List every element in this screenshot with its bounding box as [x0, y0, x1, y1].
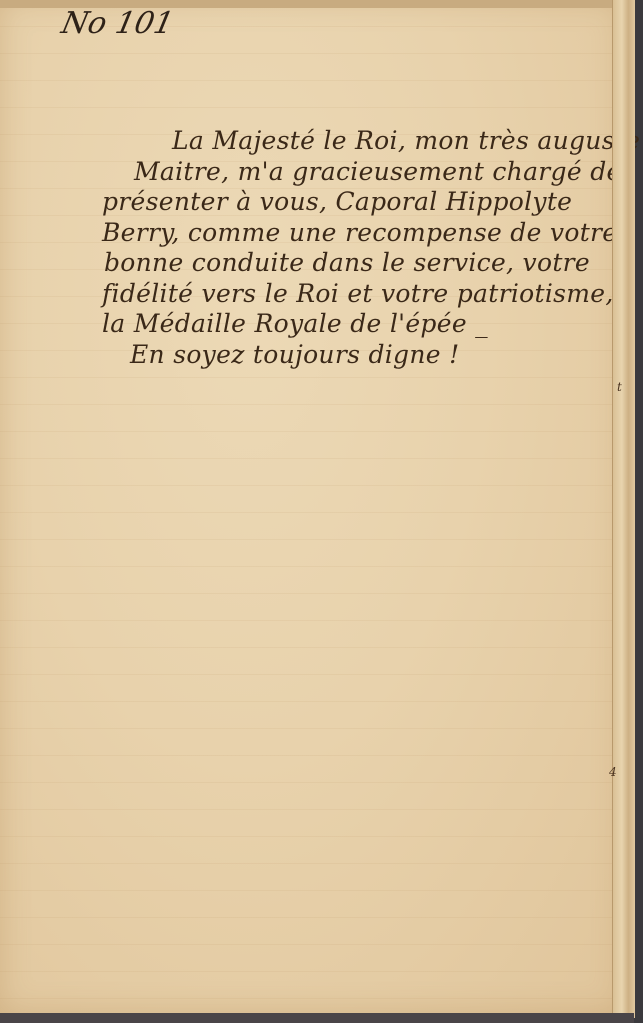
letter-line: En soyez toujours digne !: [100, 340, 620, 371]
letter-line: Maitre, m'a gracieusement chargé de: [100, 157, 620, 188]
handwritten-letter: La Majesté le Roi, mon très auguste Mait…: [100, 126, 620, 370]
manuscript-page: No 101 La Majesté le Roi, mon très augus…: [0, 0, 622, 1013]
letter-line: la Médaille Royale de l'épée _: [100, 309, 620, 340]
letter-line: présenter à vous, Caporal Hippolyte: [100, 187, 620, 218]
margin-mark: 4: [609, 765, 617, 779]
letter-line: La Majesté le Roi, mon très auguste: [100, 126, 620, 157]
underlying-page-edges: t 4: [612, 0, 635, 1018]
letter-line: bonne conduite dans le service, votre: [100, 248, 620, 279]
letter-line: Berry, comme une recompense de votre: [100, 218, 620, 249]
margin-mark: t: [617, 380, 622, 394]
entry-number: No 101: [58, 6, 177, 41]
letter-line: fidélité vers le Roi et votre patriotism…: [100, 279, 620, 310]
book-cover-edge: [0, 1013, 634, 1023]
